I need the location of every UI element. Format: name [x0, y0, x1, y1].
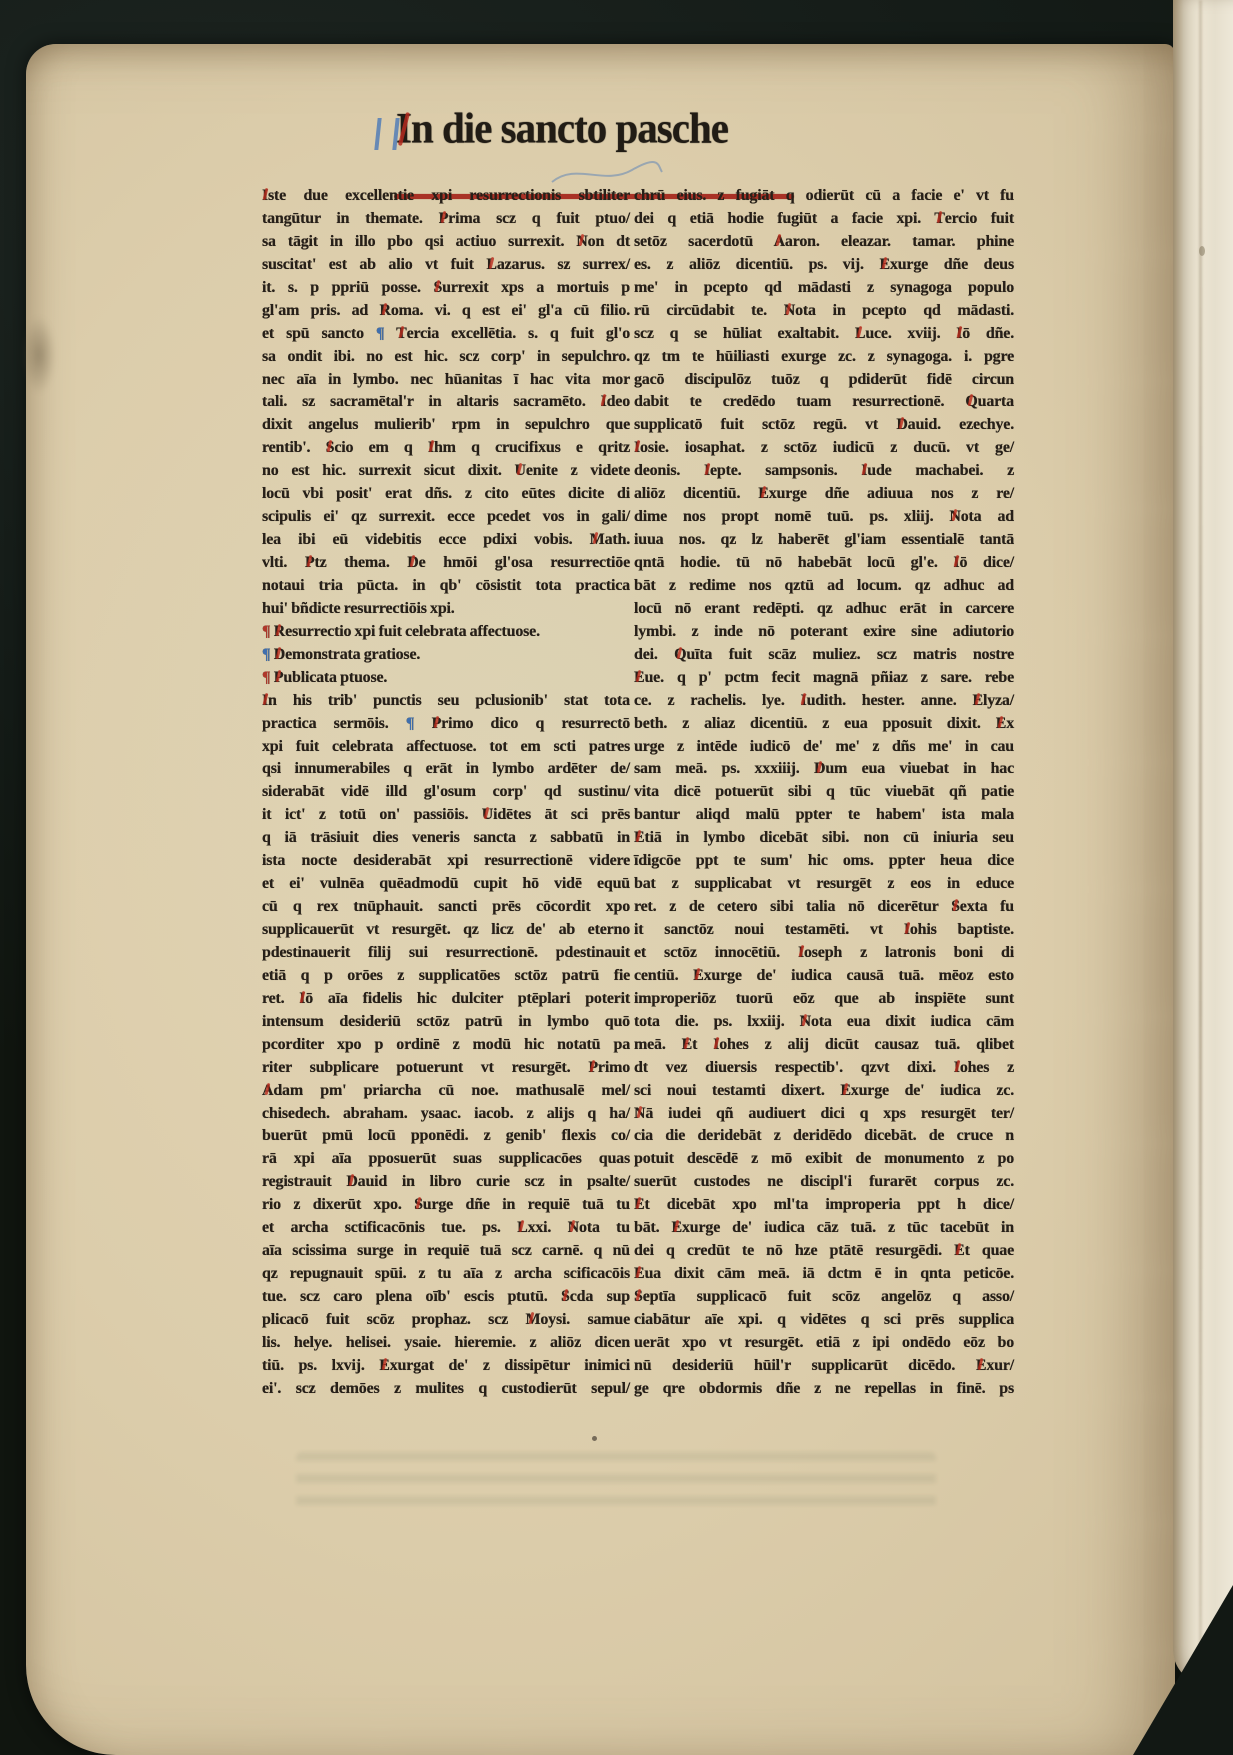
text-segment: I	[904, 921, 910, 938]
text-segment: it ict' z totū on' passiōis.	[262, 806, 482, 823]
text-line: tue. scz caro plena oīb' escis ptutū. Sc…	[262, 1286, 630, 1309]
text-segment: ō dñe.	[962, 325, 1014, 342]
text-segment: I	[801, 692, 807, 709]
text-segment: no est hic. surrexit sicut dixit.	[262, 462, 515, 479]
text-segment: ciabātur aīe xpi. q vidētes q sci prēs s…	[634, 1311, 1014, 1328]
text-line: bāt. Exurge de' iudica cāz tuā. z tūc ta…	[634, 1217, 1014, 1240]
text-segment: sa tāgit in illo pbo qsi actiuo surrexit…	[262, 233, 576, 250]
text-line: rio z dixerūt xpo. Surge dñe in requiē t…	[262, 1194, 630, 1217]
text-segment: D	[896, 416, 907, 433]
text-segment: cia die deridebāt z deridēdo dicebāt. de…	[634, 1127, 1014, 1144]
text-segment: locū vbi posit' erat dñs. z cito eūtes d…	[262, 485, 630, 502]
text-segment: es. z aliōz dicentiū. ps. vij.	[634, 256, 879, 273]
text-segment: S	[414, 1196, 423, 1213]
text-segment: deo	[607, 393, 630, 410]
text-segment: U	[515, 462, 526, 479]
text-segment: N	[800, 1013, 811, 1030]
text-line: qz tm te hūiliasti exurge zc. z synagoga…	[634, 346, 1014, 369]
photo-background: { "page": { "header": { "title": "In die…	[0, 0, 1233, 1755]
text-line: nū desideriū hūil'r supplicarūt dicēdo. …	[634, 1355, 1014, 1378]
text-segment: ota in pcepto qd mādasti.	[795, 302, 1014, 319]
text-segment: t quae	[965, 1242, 1014, 1259]
text-segment: dam pm' priarcha cū noe. mathusalē mel/	[273, 1082, 630, 1099]
text-line: ista nocte desiderabāt xpi resurrectionē…	[262, 850, 630, 873]
text-segment: lea ibi eū videbitis ecce pdixi vobis.	[262, 531, 590, 548]
text-segment: Q	[674, 646, 686, 663]
text-line: notaui tria pūcta. in qb' cōsistit tota …	[262, 575, 630, 598]
text-segment: L	[855, 325, 865, 342]
text-segment: etiā q p orōes z supplicatōes sctōz patr…	[262, 967, 630, 984]
text-segment: setōz sacerdotū	[634, 233, 774, 250]
text-segment: xurge de' iudica cāz tuā. z tūc tacebūt …	[682, 1219, 1014, 1236]
text-segment: potuit descēdē z mō exibit de monumento …	[634, 1150, 1014, 1167]
text-segment: q iā trāsiuit dies veneris sancta z sabb…	[262, 829, 630, 846]
text-segment: nū desideriū hūil'r supplicarūt dicēdo.	[634, 1357, 976, 1374]
text-line: tali. sz sacramētal'r in altaris sacramē…	[262, 391, 630, 414]
text-segment: I	[262, 187, 268, 204]
text-segment: riter subplicare potuerunt vt resurgēt.	[262, 1059, 588, 1076]
text-line: gacō discipulōz tuōz q pdiderūt fidē cir…	[634, 369, 1014, 392]
pilcrow-mark: ¶	[406, 715, 414, 732]
text-segment: vita dicē potuerūt sibi q tūc viuebāt qñ…	[634, 783, 1014, 800]
text-line: setōz sacerdotū Aaron. eleazar. tamar. p…	[634, 231, 1014, 254]
text-line: bantur aliqd malū ppter te habem' ista m…	[634, 804, 1014, 827]
text-line: practica sermōis. ¶ Primo dico q resurre…	[262, 713, 630, 736]
text-line: q iā trāsiuit dies veneris sancta z sabb…	[262, 827, 630, 850]
text-line: lymbi. z inde nō poterant exire sine adi…	[634, 621, 1014, 644]
text-line: lis. helye. helisei. ysaie. hieremie. z …	[262, 1332, 630, 1355]
text-segment: rā xpi aīa pposuerūt suas supplicacōes q…	[262, 1150, 630, 1167]
text-line: potuit descēdē z mō exibit de monumento …	[634, 1148, 1014, 1171]
text-segment: meā.	[634, 1036, 682, 1053]
text-line: sam meā. ps. xxxiiij. Dum eua viuebat in…	[634, 758, 1014, 781]
text-line: aliōz dicentiū. Exurge dñe adiuua nos z …	[634, 483, 1014, 506]
text-line: pdestinauerit filij sui resurrectionē. p…	[262, 942, 630, 965]
text-line: uerāt xpo vt resurgēt. etiā z ipi ondēdo…	[634, 1332, 1014, 1355]
text-line: tangūtur in themate. Prima scz q fuit pt…	[262, 208, 630, 231]
text-line: dei. Quīta fuit scāz muliez. scz matris …	[634, 644, 1014, 667]
text-segment: rentib'.	[262, 439, 326, 456]
text-segment: lis. helye. helisei. ysaie. hieremie. z …	[262, 1334, 630, 1351]
text-line: sa tāgit in illo pbo qsi actiuo surrexit…	[262, 231, 630, 254]
text-line: rentib'. Scio em q Ihm q crucifixus e qr…	[262, 437, 630, 460]
text-line: urge z intēde iudicō de' me' z dñs me' i…	[634, 736, 1014, 759]
text-line: deonis. Iepte. sampsonis. Iude machabei.…	[634, 460, 1014, 483]
text-segment: dixit angelus mulierib' rpm in sepulchro…	[262, 416, 630, 433]
text-line: et archa sctificacōnis tue. ps. Lxxi. No…	[262, 1217, 630, 1240]
text-line: hui' bñdicte resurrectiōis xpi.	[262, 598, 630, 621]
text-segment: chrū eius. z fugiāt q odierūt cū a facie…	[634, 187, 1014, 204]
text-line: registrauit Dauid in libro curie scz in …	[262, 1171, 630, 1194]
text-line: Adam pm' priarcha cū noe. mathusalē mel/	[262, 1080, 630, 1103]
text-segment: ohis baptiste.	[910, 921, 1014, 938]
text-line: gl'am pris. ad Roma. vi. q est ei' gl'a …	[262, 300, 630, 323]
text-segment: R	[379, 302, 390, 319]
text-segment: auid. ezechye.	[908, 416, 1014, 433]
text-line: qsi innumerabiles q erāt in lymbo ardēte…	[262, 758, 630, 781]
text-segment: D	[274, 646, 285, 663]
text-segment: practica sermōis.	[262, 715, 406, 732]
text-segment: ota ad	[961, 508, 1014, 525]
text-segment: E	[996, 715, 1006, 732]
text-segment: it sanctōz noui testamēti. vt	[634, 921, 904, 938]
text-segment: plicacō fuit scōz prophaz. scz	[262, 1311, 525, 1328]
text-line: ei'. scz demōes z mulites q custodierūt …	[262, 1378, 630, 1401]
text-segment: qz tm te hūiliasti exurge zc. z synagoga…	[634, 348, 1014, 365]
text-segment: I	[956, 325, 962, 342]
text-segment: E	[682, 1036, 692, 1053]
text-segment: chisedech. abraham. ysaac. iacob. z alij…	[262, 1105, 630, 1122]
text-segment: ercia excellētia. s. q fuit gl'o	[407, 325, 630, 342]
text-segment: ste due excellentie xpi resurrectionis s…	[268, 187, 630, 204]
text-segment: dei q etiā hodie fugiūt a facie xpi.	[634, 210, 934, 227]
text-segment: x	[1006, 715, 1014, 732]
text-segment: tangūtur in themate.	[262, 210, 439, 227]
text-segment: supplicatō fuit sctōz regū. vt	[634, 416, 896, 433]
text-segment: ota eua dixit iudica cām	[811, 1013, 1014, 1030]
text-segment: sam meā. ps. xxxiiij.	[634, 760, 814, 777]
text-segment: urge z intēde iudicō de' me' z dñs me' i…	[634, 738, 1014, 755]
text-segment: auid in libro curie scz in psalte/	[358, 1173, 630, 1190]
text-segment: I	[428, 439, 434, 456]
text-line: īdigcōe ppt te sum' hic oms. ppter heua …	[634, 850, 1014, 873]
text-line: xpi fuit celebrata affectuose. tot em sc…	[262, 736, 630, 759]
text-segment: rimo dico q resurrectō	[441, 715, 630, 732]
text-line: it. s. p ppriū posse. Surrexit xps a mor…	[262, 277, 630, 300]
text-line: it sanctōz noui testamēti. vt Iohis bapt…	[634, 919, 1014, 942]
text-line: Eua dixit cām meā. iā dctm ē in qnta pet…	[634, 1263, 1014, 1286]
text-line: meā. Et Iohes z alij dicūt causaz tuā. q…	[634, 1034, 1014, 1057]
text-segment: aīa scissima surge in requiē tuā scz car…	[262, 1242, 630, 1259]
text-line: tota die. ps. lxxiij. Nota eua dixit iud…	[634, 1011, 1014, 1034]
text-segment: rio z dixerūt xpo.	[262, 1196, 414, 1213]
text-segment: et sctōz innocētiū.	[634, 944, 798, 961]
text-segment: dei.	[634, 646, 674, 663]
text-segment: oysi. samue	[540, 1311, 630, 1328]
text-line: In his trib' punctis seu pclusionib' sta…	[262, 690, 630, 713]
paper-speck	[592, 1436, 597, 1441]
text-segment: nec aīa in lymbo. nec hūanitas ī hac vit…	[262, 371, 630, 388]
text-segment: L	[486, 256, 496, 273]
text-segment: lyza/	[983, 692, 1014, 709]
text-line: siderabāt vidē illd gl'osum corp' qd sus…	[262, 781, 630, 804]
text-segment: ohes z	[960, 1059, 1014, 1076]
text-segment: L	[517, 1219, 527, 1236]
text-line: et spū sancto ¶ Tercia excellētia. s. q …	[262, 323, 630, 346]
left-text-column: Iste due excellentie xpi resurrectionis …	[262, 185, 630, 1401]
text-line: sa ondit ibi. no est hic. scz corp' in s…	[262, 346, 630, 369]
text-line: dixit angelus mulierib' rpm in sepulchro…	[262, 414, 630, 437]
text-line: scz q se hūliat exaltabit. Luce. xviij. …	[634, 323, 1014, 346]
text-segment: E	[954, 1242, 964, 1259]
text-segment: urrexit xps a mortuis p	[442, 279, 630, 296]
text-segment: ei'. scz demōes z mulites q custodierūt …	[262, 1380, 630, 1397]
text-segment: P	[432, 715, 442, 732]
text-line: ¶ Demonstrata gratiose.	[262, 644, 630, 667]
text-segment: I	[704, 462, 710, 479]
text-segment: xurgat de' z dissipētur inimici	[390, 1357, 630, 1374]
text-line: dei q credūt te nō hze ptātē resurgēdi. …	[634, 1240, 1014, 1263]
text-segment: ercio fuit	[945, 210, 1014, 227]
text-segment: suscitat' est ab alio vt fuit	[262, 256, 486, 273]
page-title: In die sancto pasche	[396, 103, 806, 153]
text-segment: xur/	[986, 1357, 1014, 1374]
text-segment: hui' bñdicte resurrectiōis xpi.	[262, 600, 455, 617]
paper-speck	[1199, 246, 1205, 256]
text-segment: beth. z aliaz dicentiū. z eua pposuit di…	[634, 715, 996, 732]
text-segment: xurge de' iudica zc.	[851, 1082, 1014, 1099]
text-segment: E	[672, 1219, 682, 1236]
text-segment: centiū.	[634, 967, 693, 984]
text-segment: N	[576, 233, 587, 250]
text-line: etiā q p orōes z supplicatōes sctōz patr…	[262, 965, 630, 988]
text-line: vita dicē potuerūt sibi q tūc viuebāt qñ…	[634, 781, 1014, 804]
text-segment: aliōz dicentiū.	[634, 485, 758, 502]
text-segment: deonis.	[634, 462, 704, 479]
text-segment: ō dice/	[959, 554, 1014, 571]
text-line: riter subplicare potuerunt vt resurgēt. …	[262, 1057, 630, 1080]
text-segment: scipulis ei' qz surrexit. ecce pcedet vo…	[262, 508, 630, 525]
text-line: ret. Iō aīa fidelis hic dulciter ptēplar…	[262, 988, 630, 1011]
text-segment: uerāt xpo vt resurgēt. etiā z ipi ondēdo…	[634, 1334, 1014, 1351]
text-line: tiū. ps. lxvij. Exurgat de' z dissipētur…	[262, 1355, 630, 1378]
text-segment: I	[299, 990, 305, 1007]
text-segment: n his trib' punctis seu pclusionib' stat…	[268, 692, 630, 709]
text-segment: siderabāt vidē illd gl'osum corp' qd sus…	[262, 783, 630, 800]
text-line: Septīa supplicacō fuit scōz angelōz q as…	[634, 1286, 1014, 1309]
text-segment: pcorditer xpo p ordinē z modū hic notatū…	[262, 1036, 630, 1053]
text-segment: ō aīa fidelis hic dulciter ptēplari pote…	[305, 990, 630, 1007]
text-segment: registrauit	[262, 1173, 346, 1190]
text-segment: E	[634, 1265, 644, 1282]
text-segment: ista nocte desiderabāt xpi resurrectionē…	[262, 852, 630, 869]
text-segment: I	[262, 692, 268, 709]
text-segment: N	[784, 302, 795, 319]
text-segment: qz repugnauit spūi. z tu aīa z archa sci…	[262, 1265, 630, 1282]
text-segment: dt vez diuersis respectib'. qzvt dixi.	[634, 1059, 954, 1076]
text-segment: exta fu	[960, 898, 1014, 915]
text-line: et sctōz innocētiū. Ioseph z latronis bo…	[634, 942, 1014, 965]
text-line: qntā hodie. tū nō habebāt locū gl'e. Iō …	[634, 552, 1014, 575]
text-segment: E	[840, 1082, 850, 1099]
text-segment: D	[814, 760, 825, 777]
text-line: it ict' z totū on' passiōis. Uidētes āt …	[262, 804, 630, 827]
text-line: cia die deridebāt z deridēdo dicebāt. de…	[634, 1125, 1014, 1148]
text-segment: uarta	[978, 393, 1014, 410]
text-segment: locū nō erant redēpti. qz adhuc erāt in …	[634, 600, 1014, 617]
text-segment: osie. iosaphat. z sctōz iudicū z ducū. v…	[640, 439, 1014, 456]
text-line: Et dicebāt xpo ml'ta improperia ppt h di…	[634, 1194, 1014, 1217]
text-segment	[414, 715, 431, 732]
text-segment: Q	[965, 393, 977, 410]
text-segment: D	[407, 554, 418, 571]
text-segment: A	[262, 1082, 273, 1099]
text-segment	[384, 325, 396, 342]
text-segment: et ei' vulnēa quēadmodū cupit hō vidē eq…	[262, 875, 630, 892]
text-segment: buerūt pmū locū pponēdi. z genib' flexis…	[262, 1127, 630, 1144]
text-line: cū q rex tnūphauit. sancti prēs cōcordit…	[262, 896, 630, 919]
text-segment: xurge dñe adiuua nos z re/	[769, 485, 1014, 502]
text-segment: E	[693, 967, 703, 984]
text-segment: azarus. sz surrex/	[497, 256, 630, 273]
text-segment: emonstrata gratiose.	[285, 646, 420, 663]
text-segment: uce. xviij.	[865, 325, 956, 342]
text-segment: bāt.	[634, 1219, 672, 1236]
text-segment: uīta fuit scāz muliez. scz matris nostre	[686, 646, 1014, 663]
text-line: buerūt pmū locū pponēdi. z genib' flexis…	[262, 1125, 630, 1148]
text-segment: tue. scz caro plena oīb' escis ptutū.	[262, 1288, 561, 1305]
text-segment: scz q se hūliat exaltabit.	[634, 325, 855, 342]
text-segment: U	[482, 806, 493, 823]
text-segment: aron. eleazar. tamar. phine	[785, 233, 1014, 250]
text-line: sci noui testamti dixert. Exurge de' iud…	[634, 1080, 1014, 1103]
text-line: rū circūdabit te. Nota in pcepto qd māda…	[634, 300, 1014, 323]
paper-stain	[22, 316, 56, 394]
text-segment: pdestinauerit filij sui resurrectionē. p…	[262, 944, 630, 961]
text-line: qz repugnauit spūi. z tu aīa z archa sci…	[262, 1263, 630, 1286]
text-line: pcorditer xpo p ordinē z modū hic notatū…	[262, 1034, 630, 1057]
text-segment: E	[879, 256, 889, 273]
text-segment: cda sup	[570, 1288, 630, 1305]
text-segment: E	[634, 669, 644, 686]
text-segment: suerūt custodes ne discipl'i furarēt cor…	[634, 1173, 1014, 1190]
text-segment: sci noui testamti dixert.	[634, 1082, 840, 1099]
text-segment: I	[798, 944, 804, 961]
text-line: nec aīa in lymbo. nec hūanitas ī hac vit…	[262, 369, 630, 392]
text-segment: xurge dñe deus	[890, 256, 1014, 273]
ink-squiggle	[546, 160, 666, 188]
text-segment: ohes z alij dicūt causaz tuā. qlibet	[719, 1036, 1014, 1053]
text-segment: dei q credūt te nō hze ptātē resurgēdi.	[634, 1242, 954, 1259]
text-segment: dime nos propt nomē tuū. ps. xliij.	[634, 508, 949, 525]
text-segment: rū circūdabit te.	[634, 302, 784, 319]
text-line: Iste due excellentie xpi resurrectionis …	[262, 185, 630, 208]
text-segment: bat z supplicabat vt resurgēt z eos in e…	[634, 875, 1014, 892]
text-line: ce. z rachelis. lye. Iudith. hester. ann…	[634, 690, 1014, 713]
text-line: dt vez diuersis respectib'. qzvt dixi. I…	[634, 1057, 1014, 1080]
text-segment: tiū. ps. lxvij.	[262, 1357, 379, 1374]
text-segment: ret.	[262, 990, 299, 1007]
text-line: ret. z de cetero sibi talia nō dicerētur…	[634, 896, 1014, 919]
text-segment: tiā in lymbo dicebāt sibi. non cū iniuri…	[644, 829, 1014, 846]
text-line: vlti. Ptz thema. De hmōi gl'osa resurrec…	[262, 552, 630, 575]
text-segment: it. s. p ppriū posse.	[262, 279, 433, 296]
text-segment: e hmōi gl'osa resurrectiōe	[419, 554, 630, 571]
text-segment: M	[590, 531, 605, 548]
text-segment: ota tu	[579, 1219, 630, 1236]
text-segment: idētes āt sci prēs	[493, 806, 630, 823]
text-line: bāt z redime nos qztū ad locum. qz adhuc…	[634, 575, 1014, 598]
text-segment: E	[634, 829, 644, 846]
text-segment: P	[274, 669, 284, 686]
text-line: ¶ Resurrectio xpi fuit celebrata affectu…	[262, 621, 630, 644]
text-segment: et archa sctificacōnis tue. ps.	[262, 1219, 517, 1236]
text-segment: bāt z redime nos qztū ad locum. qz adhuc…	[634, 577, 1014, 594]
text-segment: t dicebāt xpo ml'ta improperia ppt h dic…	[644, 1196, 1014, 1213]
text-segment: on dt	[588, 233, 630, 250]
text-segment: E	[973, 692, 983, 709]
text-segment: tali. sz sacramētal'r in altaris sacramē…	[262, 393, 601, 410]
text-segment: um eua viuebat in hac	[825, 760, 1014, 777]
text-line: Eue. q p' pctm fecit magnā pñiaz z sare.…	[634, 667, 1014, 690]
text-segment: I	[713, 1036, 719, 1053]
text-line: ¶ Publicata ptuose.	[262, 667, 630, 690]
text-segment: N	[568, 1219, 579, 1236]
text-line: supplicauerūt vt resurgēt. qz licz de' a…	[262, 919, 630, 942]
text-segment: enite z videte	[526, 462, 630, 479]
text-segment: īdigcōe ppt te sum' hic oms. ppter heua …	[634, 852, 1014, 869]
text-segment: N	[634, 1105, 645, 1122]
text-line: dime nos propt nomē tuū. ps. xliij. Nota…	[634, 506, 1014, 529]
text-segment: xxi.	[528, 1219, 568, 1236]
text-segment: S	[433, 279, 442, 296]
text-line: locū vbi posit' erat dñs. z cito eūtes d…	[262, 483, 630, 506]
text-segment: P	[588, 1059, 598, 1076]
text-segment: ret. z de cetero sibi talia nō dicerētur	[634, 898, 951, 915]
text-segment: E	[976, 1357, 986, 1374]
text-segment: intensum desideriū sctōz patrū in lymbo …	[262, 1013, 630, 1030]
text-line: es. z aliōz dicentiū. ps. vij. Exurge dñ…	[634, 254, 1014, 277]
text-line: bat z supplicabat vt resurgēt z eos in e…	[634, 873, 1014, 896]
text-line: beth. z aliaz dicentiū. z eua pposuit di…	[634, 713, 1014, 736]
text-segment: tz thema.	[314, 554, 407, 571]
text-line: intensum desideriū sctōz patrū in lymbo …	[262, 1011, 630, 1034]
text-segment: notaui tria pūcta. in qb' cōsistit tota …	[262, 577, 630, 594]
text-line: me' in pcepto qd mādasti z synagoga popu…	[634, 277, 1014, 300]
text-segment: N	[949, 508, 960, 525]
text-segment: et spū sancto	[262, 325, 376, 342]
text-line: et ei' vulnēa quēadmodū cupit hō vidē eq…	[262, 873, 630, 896]
text-line: no est hic. surrexit sicut dixit. Uenite…	[262, 460, 630, 483]
text-line: iuua nos. qz lz haberēt gl'iam essential…	[634, 529, 1014, 552]
text-line: Etiā in lymbo dicebāt sibi. non cū iniur…	[634, 827, 1014, 850]
text-segment: ue. q p' pctm fecit magnā pñiaz z sare. …	[644, 669, 1014, 686]
text-segment: ge qre obdormis dñe z ne repellas in fin…	[634, 1380, 1014, 1397]
text-line: lea ibi eū videbitis ecce pdixi vobis. M…	[262, 529, 630, 552]
text-segment: epte. sampsonis.	[710, 462, 861, 479]
text-segment: vlti.	[262, 554, 305, 571]
text-line: rā xpi aīa pposuerūt suas supplicacōes q…	[262, 1148, 630, 1171]
text-segment: ua dixit cām meā. iā dctm ē in qnta peti…	[644, 1265, 1014, 1282]
text-segment: S	[326, 439, 335, 456]
text-segment: ath.	[605, 531, 630, 548]
text-segment: ce. z rachelis. lye.	[634, 692, 801, 709]
right-text-column: chrū eius. z fugiāt q odierūt cū a facie…	[634, 185, 1014, 1401]
text-segment: oseph z latronis boni di	[804, 944, 1014, 961]
show-through-smudge	[296, 1452, 936, 1512]
text-segment: gacō discipulōz tuōz q pdiderūt fidē cir…	[634, 371, 1014, 388]
text-segment: I	[954, 1059, 960, 1076]
text-segment: ā iudei qñ audiuert dici q xps resurgēt …	[645, 1105, 1014, 1122]
text-segment: M	[525, 1311, 540, 1328]
text-segment: ude machabei. z	[867, 462, 1014, 479]
text-segment: dabit te credēdo tuam resurrectionē.	[634, 393, 965, 410]
text-line: scipulis ei' qz surrexit. ecce pcedet vo…	[262, 506, 630, 529]
text-segment: hm q crucifixus e qritz	[434, 439, 630, 456]
text-segment: gl'am pris. ad	[262, 302, 379, 319]
text-segment: iuua nos. qz lz haberēt gl'iam essential…	[634, 531, 1014, 548]
text-line: locū nō erant redēpti. qz adhuc erāt in …	[634, 598, 1014, 621]
text-segment: rimo	[598, 1059, 630, 1076]
text-segment: S	[951, 898, 960, 915]
text-segment: cio em q	[334, 439, 428, 456]
text-segment: bantur aliqd malū ppter te habem' ista m…	[634, 806, 1014, 823]
text-segment: xurge de' iudica causā tuā. mēoz esto	[704, 967, 1014, 984]
text-segment: eptīa supplicacō fuit scōz angelōz q ass…	[643, 1288, 1014, 1305]
text-line: suerūt custodes ne discipl'i furarēt cor…	[634, 1171, 1014, 1194]
book-page: In die sancto pasche Iste due excellenti…	[26, 44, 1175, 1755]
text-line: Iosie. iosaphat. z sctōz iudicū z ducū. …	[634, 437, 1014, 460]
